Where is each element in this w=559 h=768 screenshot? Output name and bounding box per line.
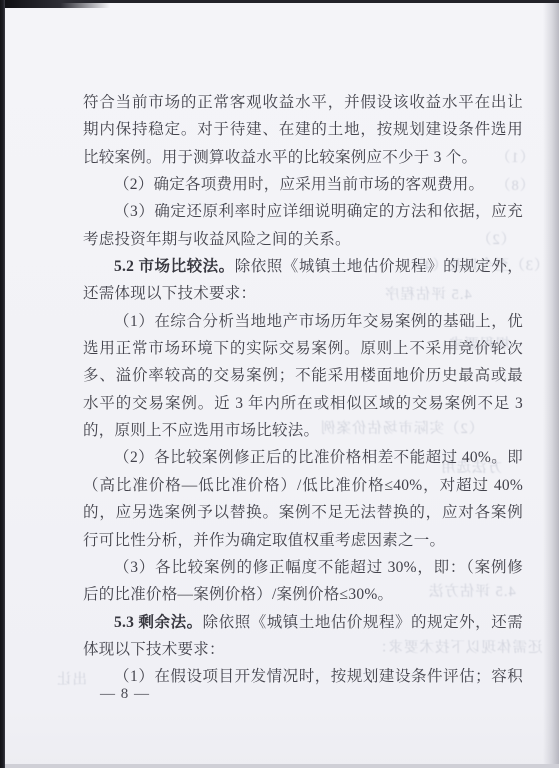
scanned-document-page: （1） （8） （2） （3）至今以及（4） 4.5 评估程序 规程要求 （2）… [0, 0, 559, 768]
page-number: — 8 — [100, 686, 150, 703]
text-line: 体现以下技术要求： [83, 636, 523, 663]
text-line: 多、溢价率较高的交易案例；不能采用楼面地价历史最高或最低 [83, 362, 523, 389]
text-line: （3）确定还原利率时应详细说明确定的方法和依据，应充分 [83, 198, 523, 225]
document-body: 符合当前市场的正常客观收益水平，并假设该收益水平在出让年 期内保持稳定。对于待建… [83, 89, 523, 691]
section-heading-line: 5.3 剩余法。除依照《城镇土地估价规程》的规定外，还需 [83, 609, 523, 636]
section-number-5-3: 5.3 剩余法。 [114, 614, 203, 631]
text-line: 水平的交易案例。近 3 年内所在或相似区域的交易案例不足 3 个 [83, 390, 523, 417]
text-line: 还需体现以下技术要求： [83, 280, 523, 307]
text-line: （3）各比较案例的修正幅度不能超过 30%，即：（案例修正 [83, 554, 523, 581]
section-heading-text: 除依照《城镇土地估价规程》的规定外， [235, 258, 523, 275]
text-line: （2）确定各项费用时，应采用当前市场的客观费用。 [83, 171, 523, 198]
text-line: （2）各比较案例修正后的比准价格相差不能超过 40%。即 [83, 444, 523, 471]
text-line: 比较案例。用于测算收益水平的比较案例应不少于 3 个。 [83, 144, 523, 171]
scan-edge-bottom [0, 764, 559, 768]
text-line: 选用正常市场环境下的实际交易案例。原则上不采用竞价轮次较 [83, 335, 523, 362]
text-line: 考虑投资年期与收益风险之间的关系。 [83, 226, 523, 253]
text-line: 期内保持稳定。对于待建、在建的土地，按规划建设条件选用可 [83, 116, 523, 143]
text-line: （高比准价格—低比准价格）/低比准价格≤40%，对超过 40% [83, 472, 523, 499]
scan-edge-top-left [0, 0, 110, 8]
text-line: （1）在综合分析当地地产市场历年交易案例的基础上，优先 [83, 308, 523, 335]
text-line: 的，应另选案例予以替换。案例不足无法替换的，应对各案例进 [83, 499, 523, 526]
section-heading-line: 5.2 市场比较法。除依照《城镇土地估价规程》的规定外， [83, 253, 523, 280]
text-line: 符合当前市场的正常客观收益水平，并假设该收益水平在出让年 [83, 89, 523, 116]
text-line: 的，原则上不应选用市场比较法。 [83, 417, 523, 444]
section-number-5-2: 5.2 市场比较法。 [114, 258, 235, 275]
text-line: 后的比准价格—案例价格）/案例价格≤30%。 [83, 581, 523, 608]
scan-edge-left [0, 0, 5, 768]
section-heading-text: 除依照《城镇土地估价规程》的规定外，还需 [203, 614, 523, 631]
scan-edge-right-shadow [543, 0, 559, 768]
text-line: 行可比性分析，并作为确定取值权重考虑因素之一。 [83, 527, 523, 554]
